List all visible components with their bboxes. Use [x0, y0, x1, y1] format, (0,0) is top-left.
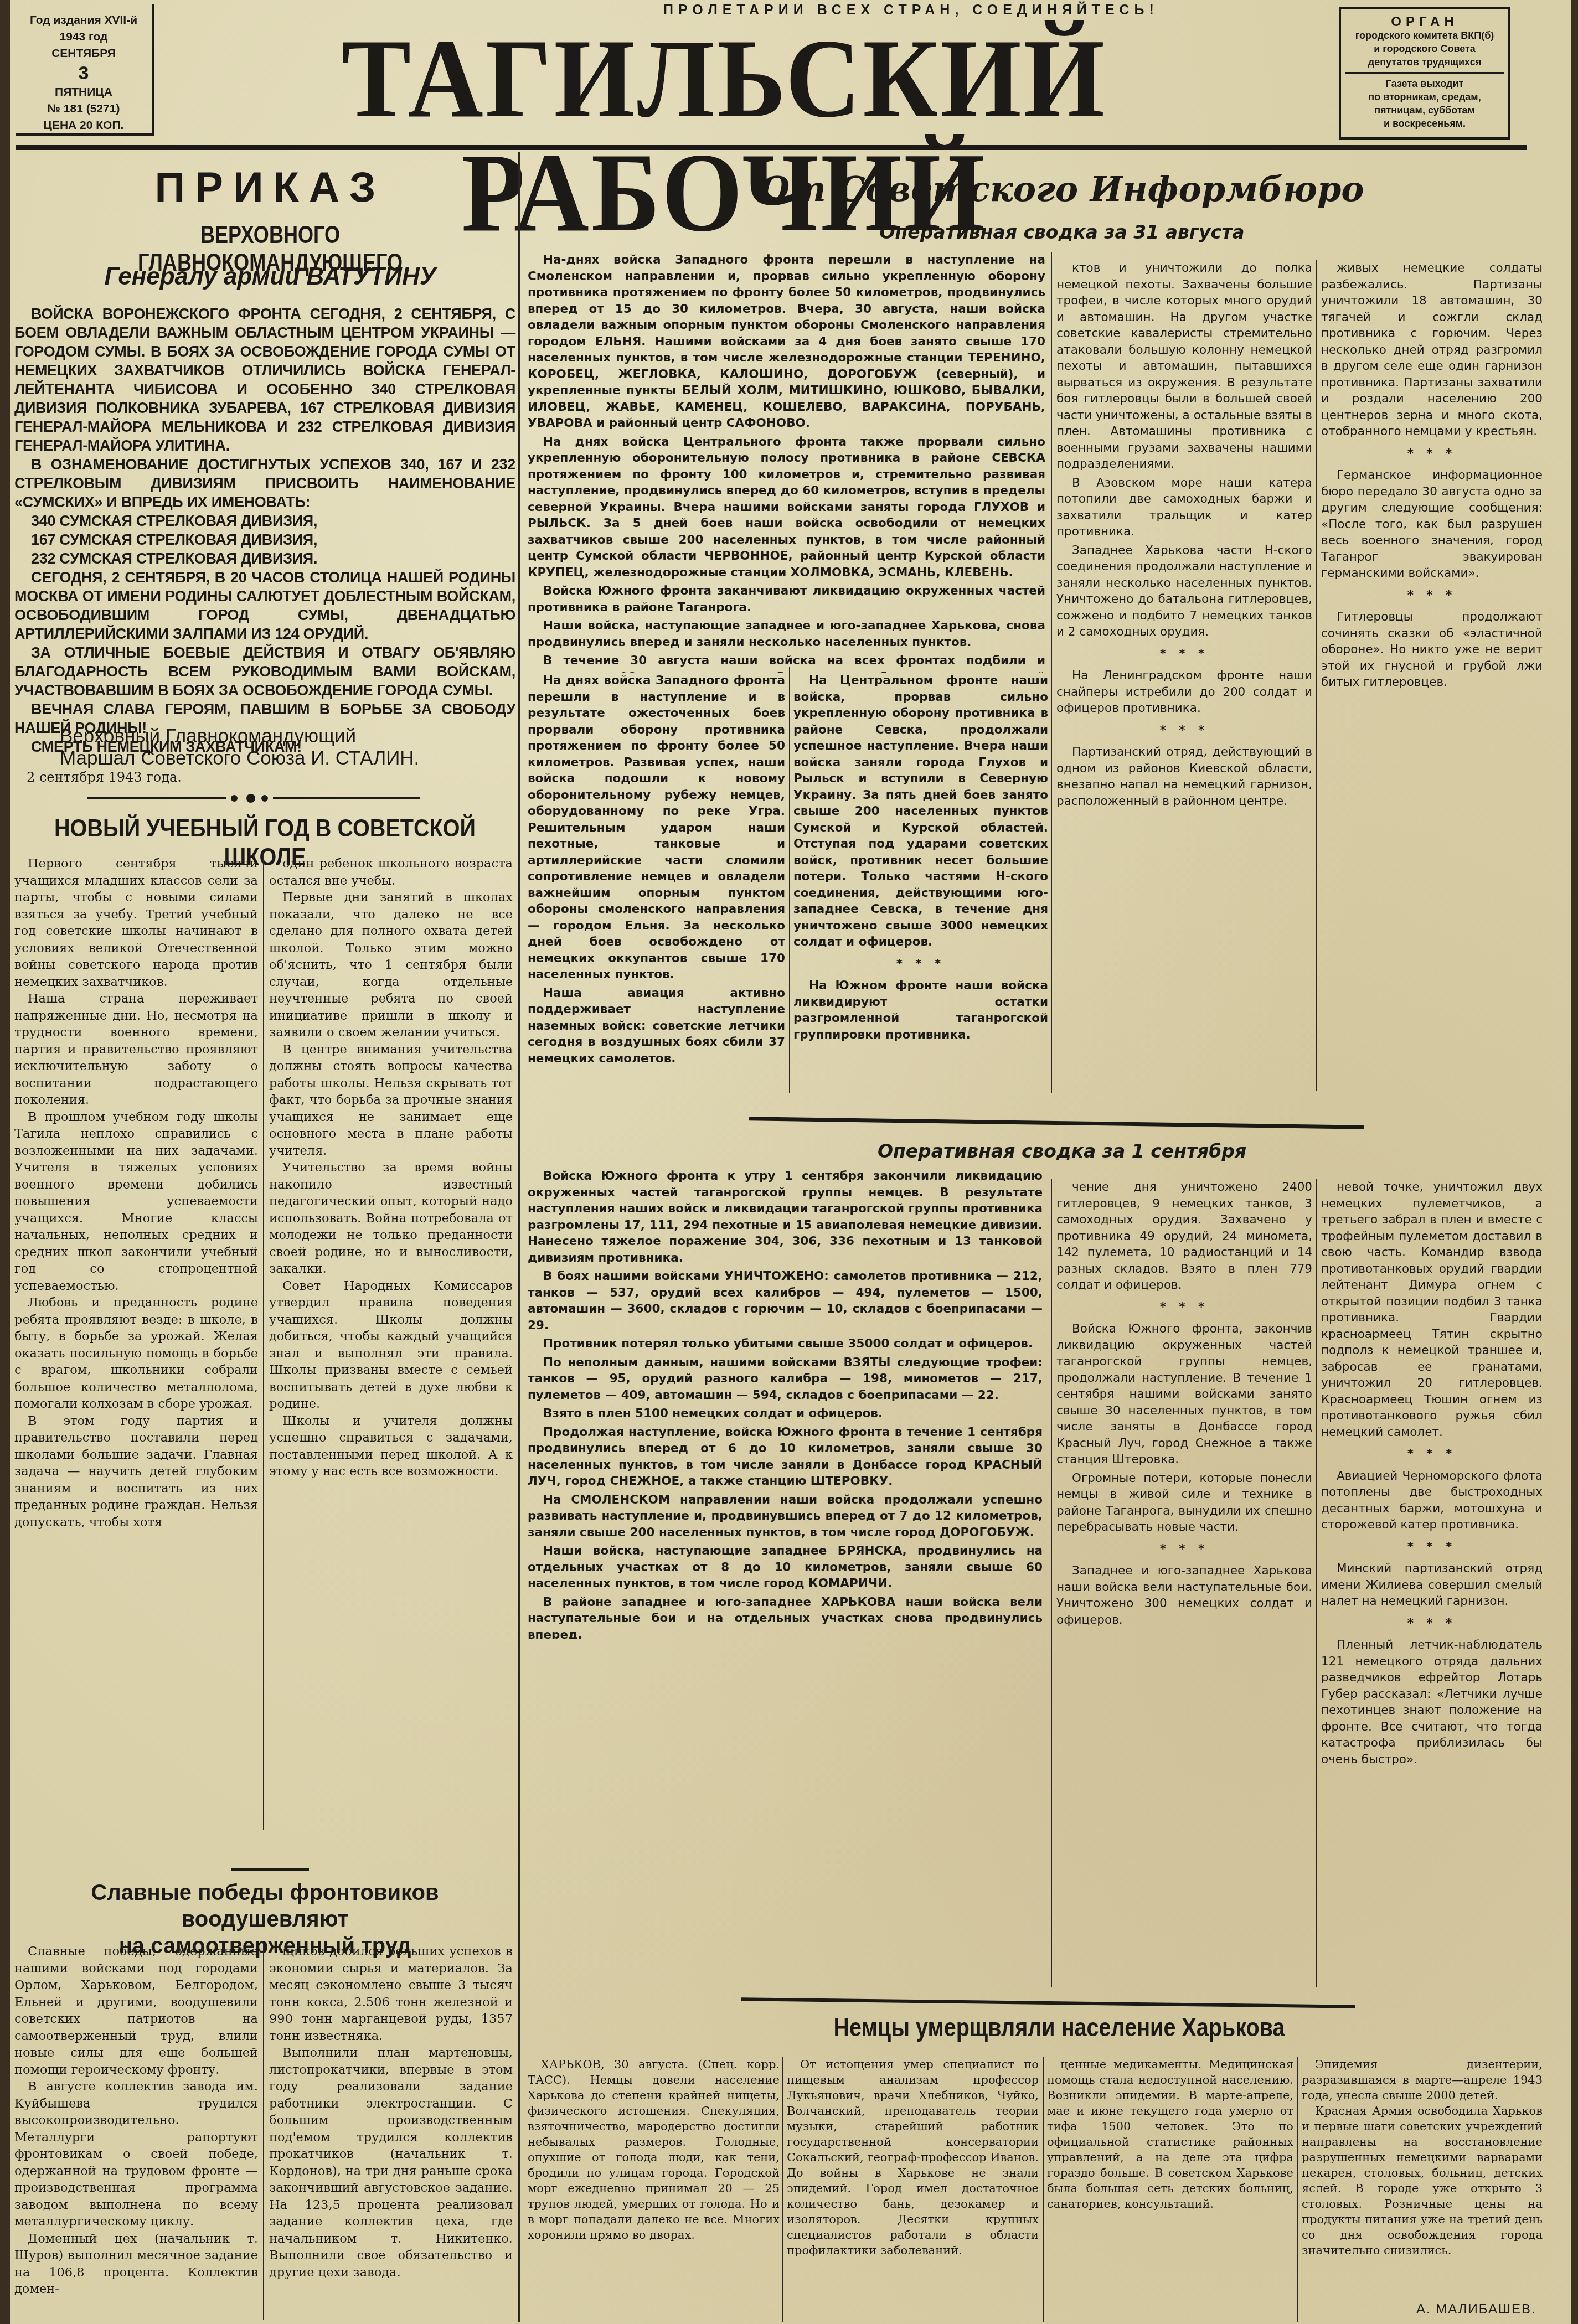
paragraph: На Центральном фронте наши войска, прорв…: [793, 673, 1048, 951]
section-stars: * * *: [1321, 1539, 1543, 1556]
paragraph: Наша авиация активно поддерживает наступ…: [528, 985, 785, 1067]
report1-title: Оперативная сводка за 31 августа: [564, 221, 1560, 243]
order-paragraph: ВОЙСКА ВОРОНЕЖСКОГО ФРОНТА СЕГОДНЯ, 2 СЕ…: [14, 304, 515, 455]
kharkov-col2: От истощения умер специалист по пищевым …: [787, 2057, 1039, 2322]
section-stars: * * *: [1321, 587, 1543, 604]
paragraph: Минский партизанский отряд имени Жилиева…: [1321, 1561, 1543, 1610]
division-item: 232 СУМСКАЯ СТРЕЛКОВАЯ ДИВИЗИЯ.: [14, 549, 515, 568]
section-stars: * * *: [793, 956, 1048, 973]
year: 1943 год: [16, 29, 152, 45]
price: ЦЕНА 20 КОП.: [16, 117, 152, 134]
newspaper-title: ТАГИЛЬСКИЙ РАБОЧИЙ: [176, 22, 1272, 249]
division-item: 340 СУМСКАЯ СТРЕЛКОВАЯ ДИВИЗИЯ,: [14, 512, 515, 530]
paragraph: Наша страна переживает напряженные дни. …: [14, 990, 258, 1109]
paragraph: Огромные потери, которые понесли немцы в…: [1056, 1470, 1312, 1536]
column-divider: [1051, 252, 1052, 1093]
paragraph: ценные медикаменты. Медицинская помощь с…: [1047, 2057, 1293, 2212]
month: СЕНТЯБРЯ: [16, 45, 152, 62]
section-stars: * * *: [1321, 1615, 1543, 1632]
paragraph: Гитлеровцы продолжают сочинять сказки об…: [1321, 609, 1543, 691]
column-divider: [518, 152, 520, 2322]
divider: [1345, 72, 1504, 74]
newspaper-page: Год издания XVII-й 1943 год СЕНТЯБРЯ 3 П…: [10, 0, 1571, 2324]
paragraph: Славные победы, одержанные нашими войска…: [14, 1943, 258, 2078]
report1-col-c: ктов и уничтожили до полка немецкой пехо…: [1056, 260, 1312, 1091]
paragraph: Войска Южного фронта заканчивают ликвида…: [528, 583, 1045, 616]
paragraph: чение дня уничтожено 2400 гитлеровцев, 9…: [1056, 1179, 1312, 1294]
schedule-line: и воскресеньям.: [1341, 117, 1508, 130]
report2-col-d: невой точке, уничтожил двух немецких пул…: [1321, 1179, 1543, 1987]
paragraph: На днях войска Центрального фронта также…: [528, 434, 1045, 581]
paragraph: Продолжая наступление, войска Южного фро…: [528, 1424, 1043, 1490]
order-addressee: Генералу армии ВАТУТИНУ: [21, 263, 519, 291]
signature-title: Верховный Главнокомандующий: [60, 725, 503, 747]
report1-col-b: На Центральном фронте наши войска, прорв…: [793, 673, 1048, 1093]
column-divider: [782, 2057, 783, 2322]
kharkov-col1: ХАРЬКОВ, 30 августа. (Спец. корр. ТАСС).…: [528, 2057, 780, 2322]
paragraph: Совет Народных Комиссаров утвердил прави…: [269, 1278, 513, 1413]
column-divider: [1316, 260, 1317, 1091]
report1-main: На-днях войска Западного фронта перешли …: [528, 252, 1045, 673]
paragraph: На-днях войска Западного фронта перешли …: [528, 252, 1045, 432]
paragraph: Эпидемия дизентерии, разразившаяся в мар…: [1302, 2057, 1543, 2103]
report2-main: Войска Южного фронта к утру 1 сентября з…: [528, 1168, 1043, 1639]
paragraph: Войска Южного фронта к утру 1 сентября з…: [528, 1168, 1043, 1266]
paragraph: Красная Армия освободила Харьков и первы…: [1302, 2103, 1543, 2258]
paragraph: В Азовском море наши катера потопили две…: [1056, 475, 1312, 540]
section-rule: [741, 1997, 1355, 2008]
column-divider: [1316, 1179, 1317, 1987]
paragraph: Авиацией Черноморского флота потоплены д…: [1321, 1468, 1543, 1533]
paragraph: невой точке, уничтожил двух немецких пул…: [1321, 1179, 1543, 1440]
paragraph: Наши войска, наступающие западнее БРЯНСК…: [528, 1543, 1043, 1592]
paragraph: Первые дни занятий в школах показали, чт…: [269, 889, 513, 1041]
paragraph: В прошлом учебном году школы Тагила непл…: [14, 1109, 258, 1295]
ornament-divider: [87, 793, 420, 804]
schedule-line: пятницам, субботам: [1341, 104, 1508, 117]
division-item: 167 СУМСКАЯ СТРЕЛКОВАЯ ДИВИЗИЯ,: [14, 530, 515, 549]
paragraph: В течение 30 августа наши войска на всех…: [528, 653, 1045, 673]
paragraph: Наши войска, наступающие западнее и юго-…: [528, 618, 1045, 650]
edition-year: Год издания XVII-й: [16, 12, 152, 29]
short-rule: [231, 1868, 309, 1871]
paragraph: Войска Южного фронта, закончив ликвидаци…: [1056, 1321, 1312, 1468]
paragraph: От истощения умер специалист по пищевым …: [787, 2057, 1039, 2258]
heading-line: Славные победы фронтовиков воодушевляют: [14, 1879, 515, 1933]
paragraph: Учительство за время войны накопило изве…: [269, 1159, 513, 1278]
report2-title: Оперативная сводка за 1 сентября: [564, 1140, 1560, 1162]
labor-article-col2: щиков добился больших успехов в экономии…: [269, 1943, 513, 2320]
order-paragraph: ЗА ОТЛИЧНЫЕ БОЕВЫЕ ДЕЙСТВИЯ И ОТВАГУ ОБ'…: [14, 643, 515, 700]
column-divider: [1043, 2057, 1044, 2322]
paragraph: По неполным данным, нашими войсками ВЗЯТ…: [528, 1355, 1043, 1404]
organ-heading: ОРГАН: [1341, 16, 1508, 29]
section-stars: * * *: [1056, 722, 1312, 739]
paragraph: На Южном фронте наши войска ликвидируют …: [793, 978, 1048, 1043]
paragraph: В районе западнее и юго-западнее ХАРЬКОВ…: [528, 1594, 1043, 1639]
paragraph: Западнее и юго-западнее Харькова наши во…: [1056, 1563, 1312, 1628]
paragraph: В центре внимания учительства должны сто…: [269, 1041, 513, 1160]
paragraph: Германское информационное бюро передало …: [1321, 467, 1543, 582]
paragraph: один ребенок школьного возраста остался …: [269, 855, 513, 889]
report1-col-a: На днях войска Западного фронта перешли …: [528, 673, 785, 1093]
paragraph: На Ленинградском фронте наши снайперы ис…: [1056, 668, 1312, 717]
school-article-col1: Первого сентября тысячи учащихся младших…: [14, 855, 258, 1830]
sovinformburo-heading: От Советского Информбюро: [564, 169, 1560, 209]
day-number: 3: [16, 62, 152, 84]
paragraph: В этом году партия и правительство поста…: [14, 1413, 258, 1531]
organ-line: депутатов трудящихся: [1341, 55, 1508, 69]
column-divider: [263, 1943, 264, 2320]
paragraph: Противник потерял только убитыми свыше 3…: [528, 1336, 1043, 1352]
signature-name: Маршал Советского Союза И. СТАЛИН.: [60, 747, 503, 769]
report1-col-d: живых немецкие солдаты разбежались. Парт…: [1321, 260, 1543, 1091]
schedule-line: по вторникам, средам,: [1341, 90, 1508, 104]
weekday: ПЯТНИЦА: [16, 84, 152, 101]
paragraph: живых немецкие солдаты разбежались. Парт…: [1321, 260, 1543, 440]
section-stars: * * *: [1056, 1541, 1312, 1558]
paragraph: ХАРЬКОВ, 30 августа. (Спец. корр. ТАСС).…: [528, 2057, 780, 2243]
paragraph: Выполнили план мартеновцы, листопрокатчи…: [269, 2044, 513, 2281]
schedule-line: Газета выходит: [1341, 77, 1508, 90]
section-stars: * * *: [1321, 446, 1543, 462]
order-signature: Верховный Главнокомандующий Маршал Совет…: [60, 725, 503, 769]
column-divider: [1051, 1179, 1052, 1987]
paragraph: На днях войска Западного фронта перешли …: [528, 673, 785, 983]
paragraph: Любовь и преданность родине ребята прояв…: [14, 1294, 258, 1413]
report2-col-c: чение дня уничтожено 2400 гитлеровцев, 9…: [1056, 1179, 1312, 1987]
paragraph: Первого сентября тысячи учащихся младших…: [14, 855, 258, 990]
paragraph: Партизанский отряд, действующий в одном …: [1056, 744, 1312, 809]
paragraph: Школы и учителя должны успешно справитьс…: [269, 1413, 513, 1480]
column-divider: [263, 855, 264, 1830]
paragraph: В августе коллектив завода им. Куйбышева…: [14, 2078, 258, 2230]
section-stars: * * *: [1056, 1299, 1312, 1316]
column-divider: [789, 667, 790, 1093]
order-body: ВОЙСКА ВОРОНЕЖСКОГО ФРОНТА СЕГОДНЯ, 2 СЕ…: [14, 304, 515, 756]
section-stars: * * *: [1321, 1446, 1543, 1463]
section-stars: * * *: [1056, 646, 1312, 663]
article-author: А. МАЛИБАШЕВ.: [1416, 2302, 1536, 2317]
issue-info-box: Год издания XVII-й 1943 год СЕНТЯБРЯ 3 П…: [16, 4, 154, 136]
kharkov-col3: ценные медикаменты. Медицинская помощь с…: [1047, 2057, 1293, 2322]
paragraph: Взято в плен 5100 немецких солдат и офиц…: [528, 1406, 1043, 1422]
paragraph: В боях нашими войсками УНИЧТОЖЕНО: самол…: [528, 1268, 1043, 1334]
masthead-rule: [16, 145, 1527, 150]
paragraph: Пленный летчик-наблюдатель 121 немецкого…: [1321, 1637, 1543, 1768]
paragraph: Доменный цех (начальник т. Шуров) выполн…: [14, 2230, 258, 2298]
organ-box: ОРГАН городского комитета ВКП(б) и город…: [1339, 7, 1510, 140]
issue-number: № 181 (5271): [16, 101, 152, 117]
order-heading: ПРИКАЗ: [21, 163, 519, 211]
column-divider: [1297, 2057, 1298, 2322]
organ-line: городского комитета ВКП(б): [1341, 29, 1508, 42]
kharkov-col4: Эпидемия дизентерии, разразившаяся в мар…: [1302, 2057, 1543, 2322]
order-paragraph: СЕГОДНЯ, 2 СЕНТЯБРЯ, В 20 ЧАСОВ СТОЛИЦА …: [14, 568, 515, 643]
organ-line: и городского Совета: [1341, 42, 1508, 55]
order-paragraph: В ОЗНАМЕНОВАНИЕ ДОСТИГНУТЫХ УСПЕХОВ 340,…: [14, 455, 515, 512]
paragraph: щиков добился больших успехов в экономии…: [269, 1943, 513, 2044]
paragraph: Западнее Харькова части Н-ского соединен…: [1056, 543, 1312, 641]
labor-article-col1: Славные победы, одержанные нашими войска…: [14, 1943, 258, 2320]
kharkov-article-heading: Немцы умерщвляли население Харькова: [614, 2012, 1504, 2042]
section-rule: [749, 1117, 1364, 1129]
paragraph: ктов и уничтожили до полка немецкой пехо…: [1056, 260, 1312, 473]
paragraph: На СМОЛЕНСКОМ направлении наши войска пр…: [528, 1492, 1043, 1541]
order-date: 2 сентября 1943 года.: [27, 769, 182, 785]
school-article-col2: один ребенок школьного возраста остался …: [269, 855, 513, 1830]
